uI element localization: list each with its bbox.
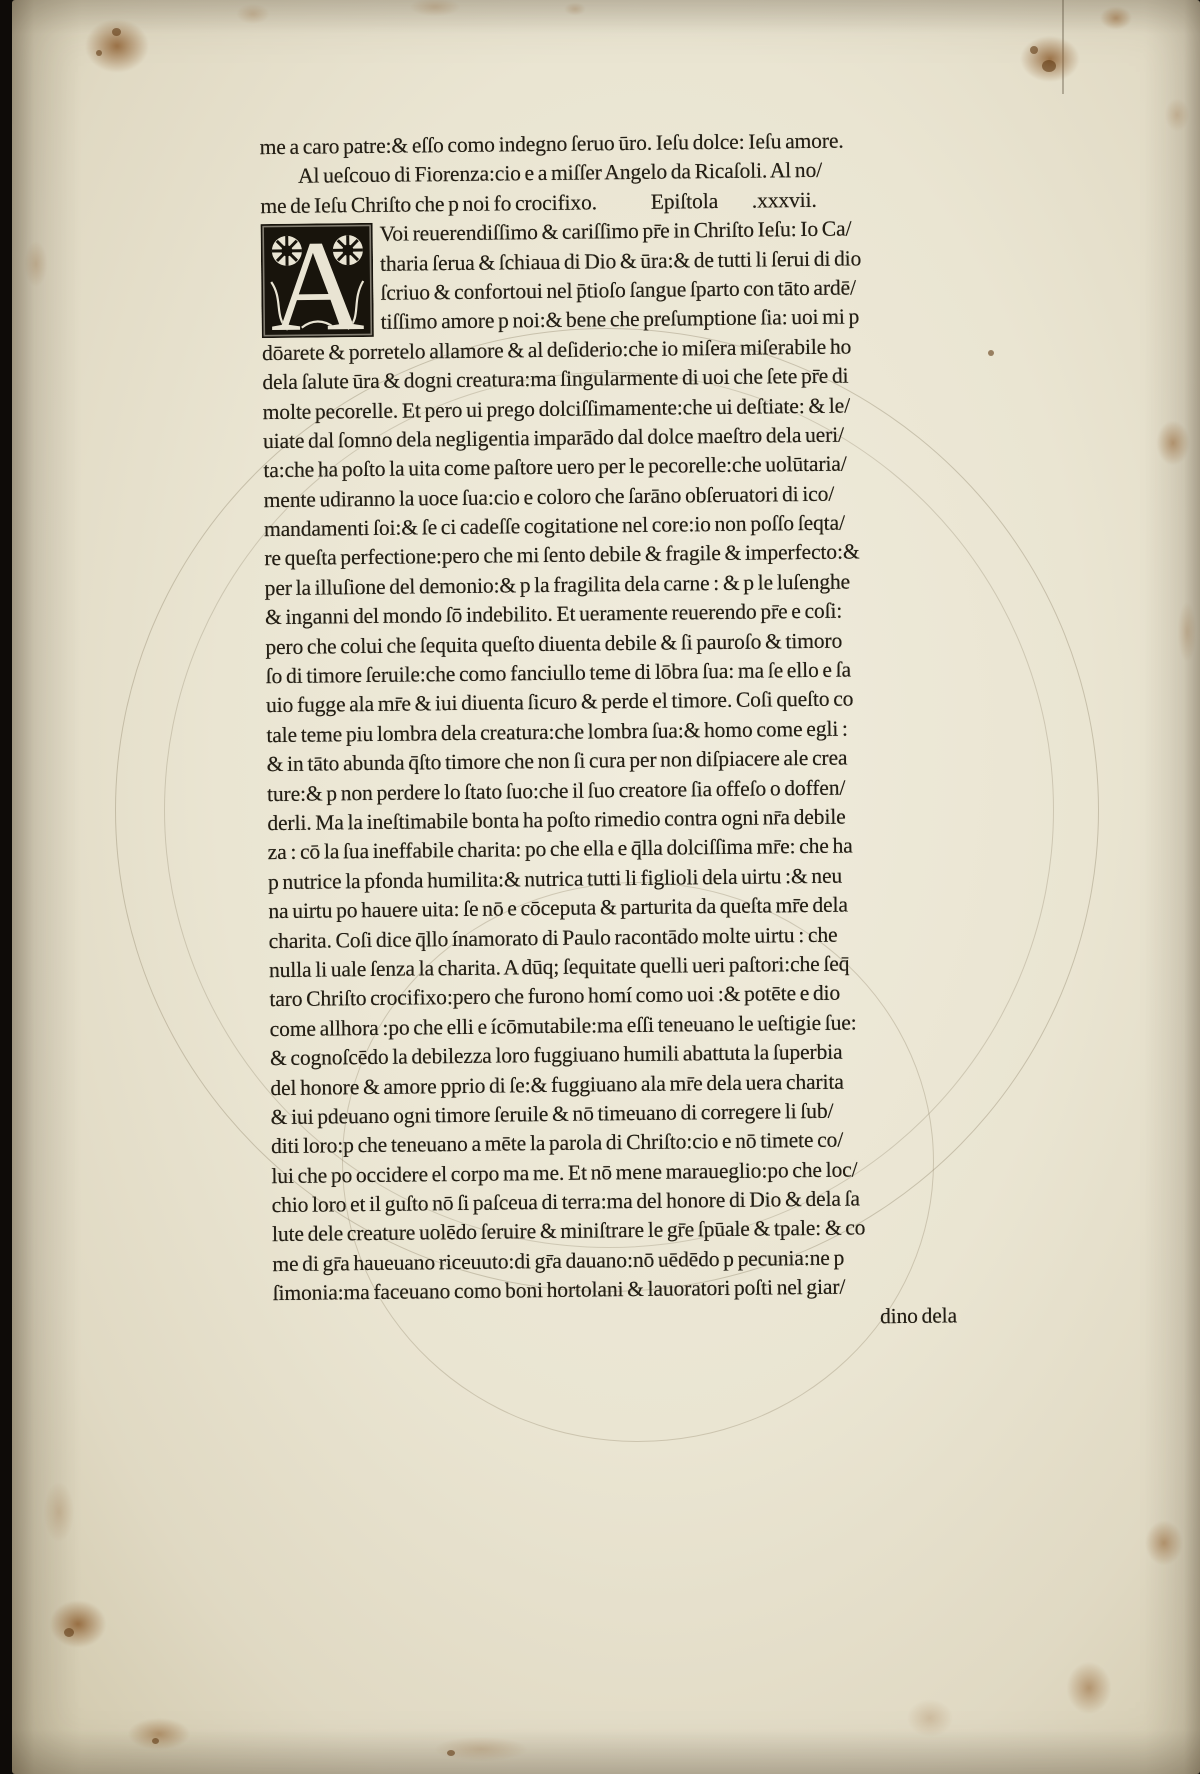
foxing-stain [1174,590,1200,674]
ink-speck [152,1738,159,1744]
foxing-stain [416,1732,546,1766]
foxing-stain [1150,412,1196,474]
foxing-stain [1138,1512,1190,1574]
body-lines: dōarete & porretelo allamore & al deſide… [262,331,965,1309]
foxing-stain [560,0,590,18]
foxing-stain [74,10,160,82]
woodcut-initial: A [261,223,374,338]
woodcut-initial-A-icon: A [261,223,374,338]
foxing-stain [898,1692,962,1744]
foxing-stain [116,1712,202,1756]
heading-text: me de Ieſu Chriſto che p noi fo crocifix… [260,190,597,218]
foxing-stain [400,0,470,20]
foxing-stain [1160,92,1194,138]
foxing-stain [1010,28,1090,90]
text-block: me a caro patre:& eſſo como indegno ſeru… [260,125,966,1338]
foxing-stain [40,1592,116,1656]
initial-letter: A [270,223,365,338]
ink-speck [1030,46,1038,54]
opening-lines: me a caro patre:& eſſo como indegno ſeru… [260,125,953,192]
scan-background: me a caro patre:& eſſo como indegno ſeru… [0,0,1200,1774]
foxing-stain [1058,1652,1120,1724]
foxing-stain [20,232,52,296]
foxing-stain [38,1470,80,1554]
ink-speck [64,1628,74,1637]
ink-speck [112,28,121,36]
ink-speck [1042,60,1056,72]
ink-speck [988,350,994,356]
ink-speck [96,50,102,56]
foxing-stain [230,0,276,28]
ink-speck [447,1750,455,1756]
book-page: me a caro patre:& eſſo como indegno ſeru… [12,0,1200,1774]
foxing-stain [1094,2,1138,34]
epistola-label: Epiſtola [651,189,719,214]
epistola-number: .xxxvii. [752,188,817,213]
drop-cap-section: A Voi reuerendiſſimo & cariſſimo pr̄e in… [261,213,954,338]
